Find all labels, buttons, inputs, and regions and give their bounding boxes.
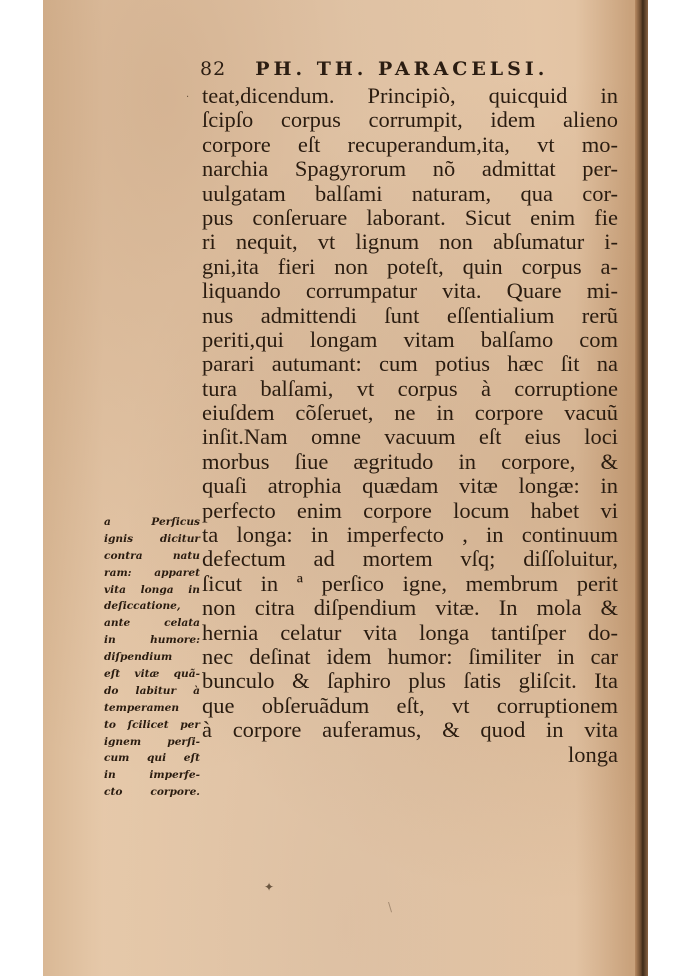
ink-blot-icon: ✦ — [264, 880, 274, 894]
marginal-note-line: to ſcilicet per — [104, 717, 200, 734]
text-line: liquando corrumpatur vita. Quare mi- — [202, 279, 618, 303]
text-line: tura balſami, vt corpus à corruptione — [202, 377, 618, 401]
text-line: ri nequit, vt lignum non abſumatur i- — [202, 230, 618, 254]
text-line: gni,ita fieri non poteſt, quin corpus a- — [202, 255, 618, 279]
text-line: non citra diſpendium vitæ. In mola & — [202, 596, 618, 620]
text-line: nec deſinat idem humor: ſimiliter in car — [202, 645, 618, 669]
text-line: à corpore auferamus, & quod in vita — [202, 718, 618, 742]
main-text-block: teat,dicendum. Principiò, quicquid in ſc… — [202, 84, 618, 767]
text-line: uulgatam balſami naturam, qua cor- — [202, 182, 618, 206]
marginal-note: a Perſicus ignis dicitur contra natu ram… — [104, 514, 200, 801]
text-line: inſit.Nam omne vacuum eſt eius loci — [202, 425, 618, 449]
text-line: que obſeruãdum eſt, vt corruptionem — [202, 694, 618, 718]
marginal-note-line: ignem perſi- — [104, 734, 200, 751]
marginal-note-line: in humore: — [104, 632, 200, 649]
running-title: PH. TH. PARACELSI. — [255, 58, 548, 80]
page-number: 82 — [200, 58, 226, 80]
marginal-note-line: temperamen — [104, 700, 200, 717]
text-line: parari autumant: cum potius hæc ſit na — [202, 352, 618, 376]
text-line: eiuſdem cõſeruet, ne in corpore vacuũ — [202, 401, 618, 425]
text-line: ta longa: in imperfecto , in continuum — [202, 523, 618, 547]
text-line: ſcipſo corpus corrumpit, idem alieno — [202, 108, 618, 132]
text-line: ſicut in ª perſico igne, membrum perit — [202, 572, 618, 596]
running-head: 82 PH. TH. PARACELSI. — [200, 58, 548, 80]
text-line: hernia celatur vita longa tantiſper do- — [202, 621, 618, 645]
text-line: quaſi atrophia quædam vitæ longæ: in — [202, 474, 618, 498]
text-line: nus admittendi ſunt eſſentialium rerũ — [202, 304, 618, 328]
marginal-note-line: ante celata — [104, 615, 200, 632]
marginal-note-line: ram: apparet — [104, 565, 200, 582]
marginal-note-line: a Perſicus — [104, 514, 200, 531]
marginal-note-line: cto corpore. — [104, 784, 200, 801]
marginal-note-line: eſt vitæ quã- — [104, 666, 200, 683]
text-line: defectum ad mortem vſq; diſſoluitur, — [202, 547, 618, 571]
marginal-note-line: diſpendium — [104, 649, 200, 666]
marginal-note-line: do labitur à — [104, 683, 200, 700]
page-binding-edge — [635, 0, 648, 976]
text-line: pus conſeruare laborant. Sicut enim fie — [202, 206, 618, 230]
ink-speck-icon: · — [186, 92, 189, 103]
marginal-note-line: vita longa in — [104, 582, 200, 599]
paper-fiber-icon: \ — [388, 900, 392, 914]
marginal-note-line: contra natu — [104, 548, 200, 565]
text-line: narchia Spagyrorum nõ admittat per- — [202, 157, 618, 181]
marginal-note-line: ignis dicitur — [104, 531, 200, 548]
text-line: morbus ſiue ægritudo in corpore, & — [202, 450, 618, 474]
marginal-note-line: cum qui eſt — [104, 750, 200, 767]
text-line: bunculo & ſaphiro plus ſatis gliſcit. It… — [202, 669, 618, 693]
text-line: perfecto enim corpore locum habet vi — [202, 499, 618, 523]
marginal-note-line: in imperfe- — [104, 767, 200, 784]
text-line: periti,qui longam vitam balſamo com — [202, 328, 618, 352]
catchword: longa — [202, 743, 618, 767]
text-line: corpore eſt recuperandum,ita, vt mo- — [202, 133, 618, 157]
text-line: teat,dicendum. Principiò, quicquid in — [202, 84, 618, 108]
marginal-note-line: deſiccatione, — [104, 598, 200, 615]
